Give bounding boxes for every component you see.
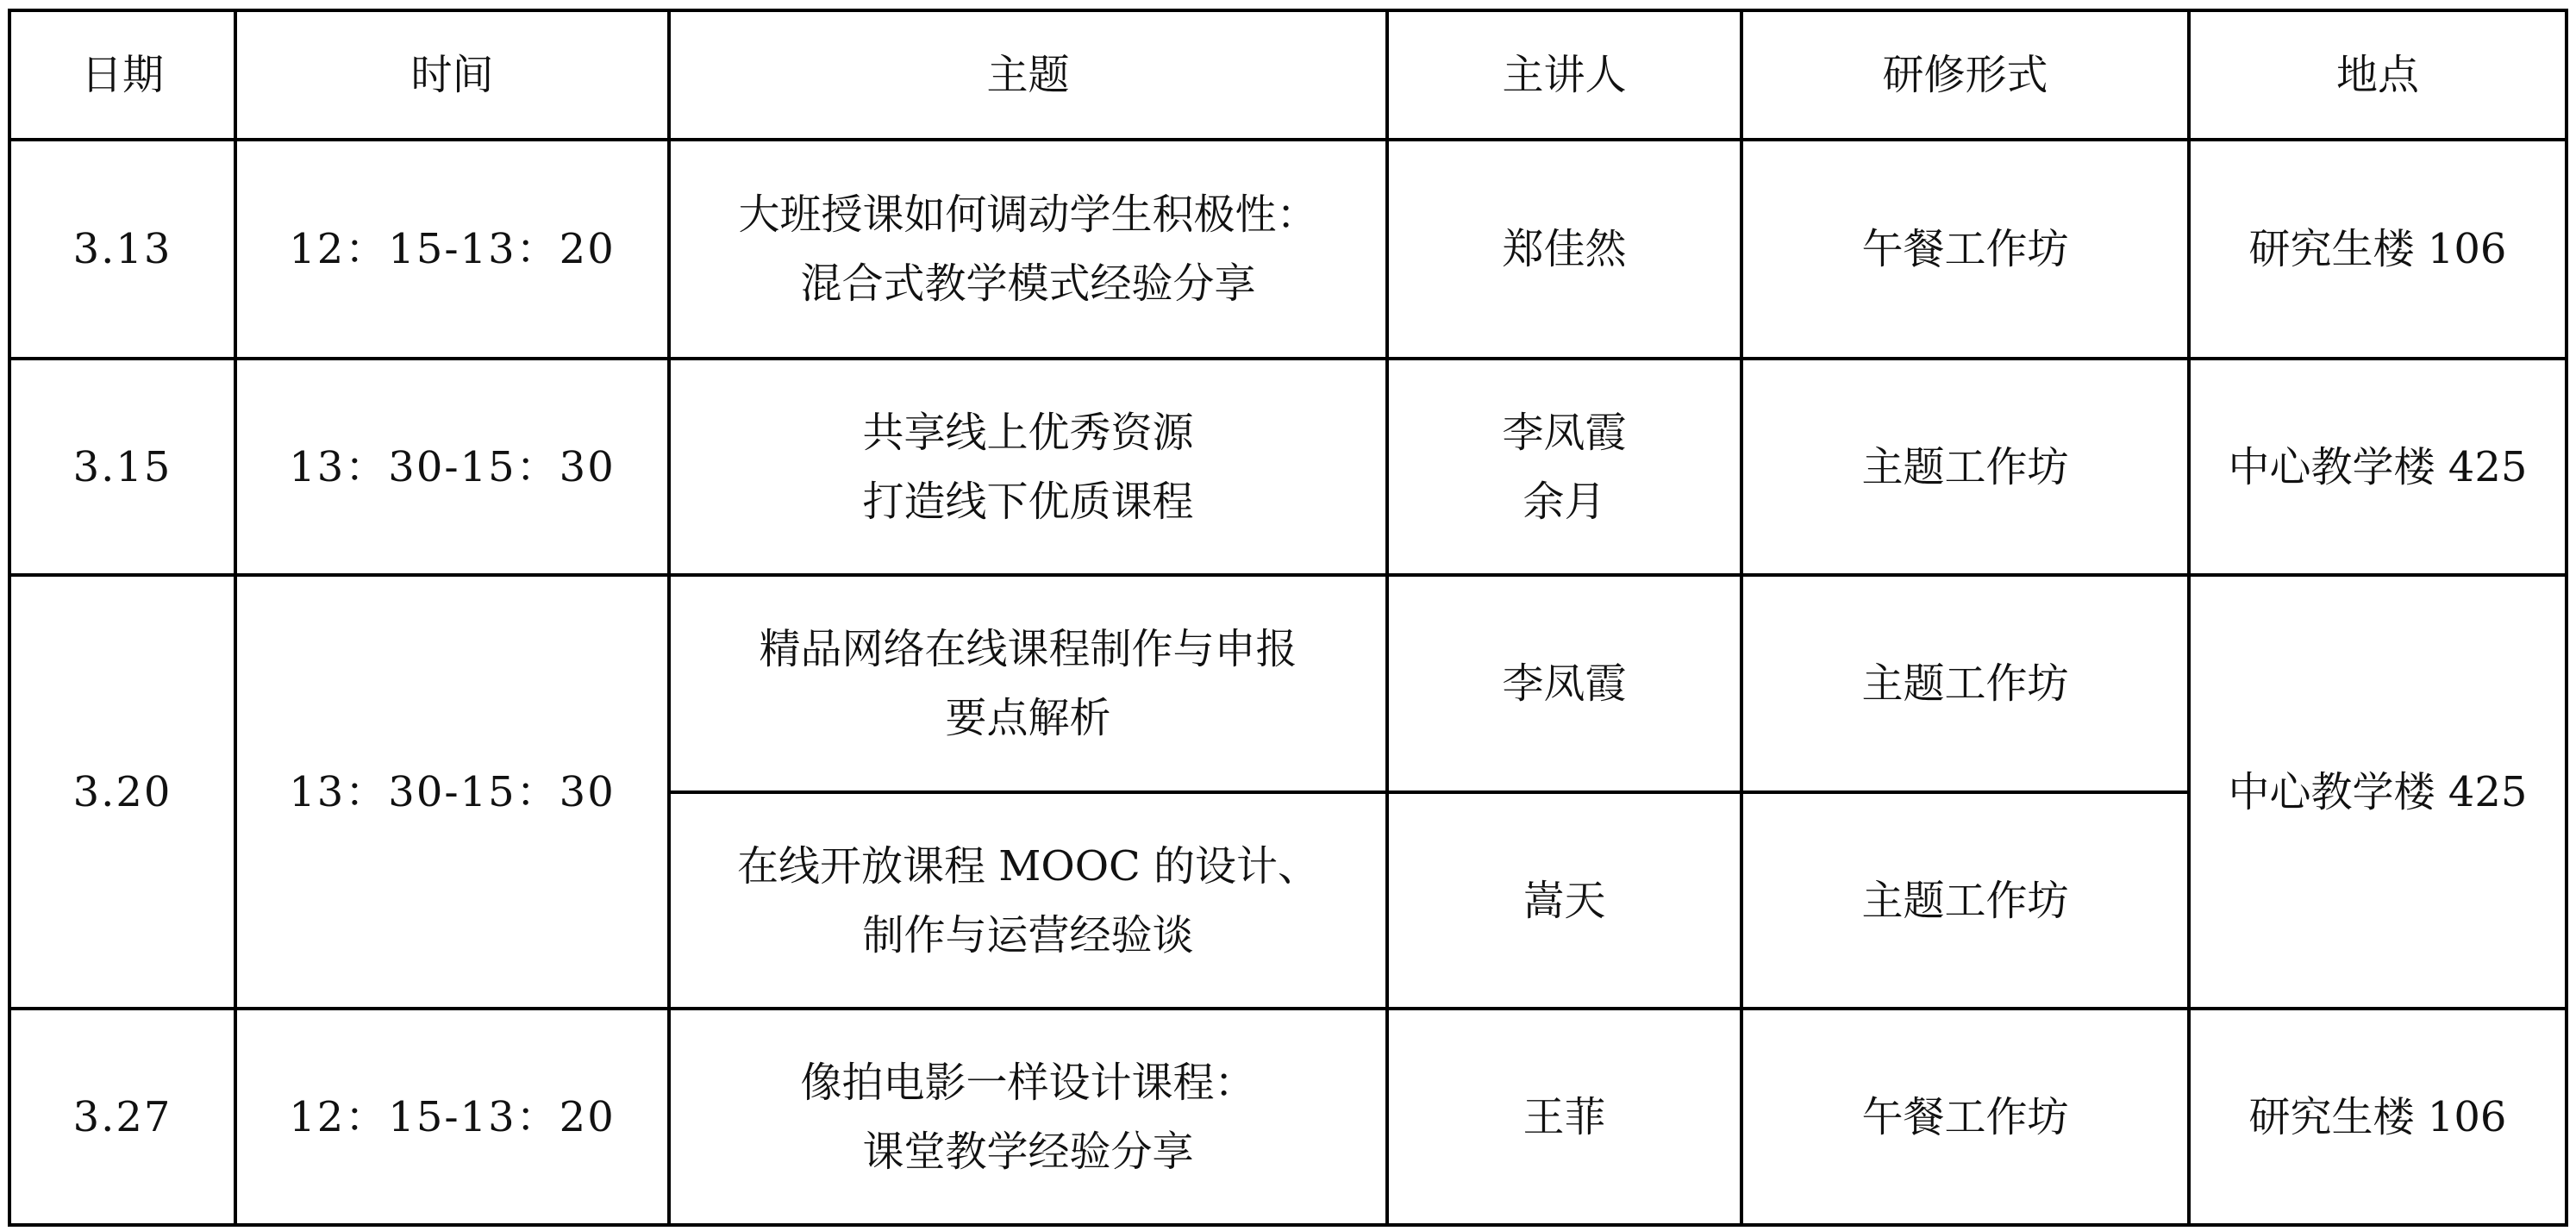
topic-line: 大班授课如何调动学生积极性： (679, 194, 1377, 235)
topic-line: 混合式教学模式经验分享 (679, 263, 1377, 304)
header-topic: 主题 (669, 10, 1387, 140)
speaker-name: 余月 (1397, 481, 1731, 522)
speaker-cell: 王菲 (1387, 1009, 1741, 1225)
topic-line: 要点解析 (679, 697, 1377, 739)
topic-line: 像拍电影一样设计课程： (679, 1062, 1377, 1103)
topic-line: 打造线下优质课程 (679, 481, 1377, 522)
format-cell: 午餐工作坊 (1741, 140, 2189, 359)
speaker-cell: 郑佳然 (1387, 140, 1741, 359)
header-format: 研修形式 (1741, 10, 2189, 140)
time-cell: 12：15-13：20 (235, 1009, 669, 1225)
speaker-name: 郑佳然 (1397, 228, 1731, 270)
venue-cell: 研究生楼 106 (2189, 1009, 2567, 1225)
speaker-cell: 嵩天 (1387, 792, 1741, 1009)
speaker-name: 李凤霞 (1397, 663, 1731, 704)
speaker-cell: 李凤霞 (1387, 575, 1741, 792)
topic-line: 在线开放课程 MOOC 的设计、 (679, 846, 1377, 887)
topic-line: 精品网络在线课程制作与申报 (679, 628, 1377, 670)
header-venue: 地点 (2189, 10, 2567, 140)
date-cell: 3.13 (9, 140, 235, 359)
venue-cell: 研究生楼 106 (2189, 140, 2567, 359)
table-row: 3.20 13：30-15：30 精品网络在线课程制作与申报 要点解析 李凤霞 … (9, 575, 2567, 792)
header-date: 日期 (9, 10, 235, 140)
header-speaker: 主讲人 (1387, 10, 1741, 140)
time-cell: 13：30-15：30 (235, 575, 669, 1009)
topic-line: 共享线上优秀资源 (679, 412, 1377, 453)
header-time: 时间 (235, 10, 669, 140)
format-cell: 主题工作坊 (1741, 792, 2189, 1009)
venue-cell: 中心教学楼 425 (2189, 575, 2567, 1009)
speaker-name: 李凤霞 (1397, 412, 1731, 453)
topic-cell: 像拍电影一样设计课程： 课堂教学经验分享 (669, 1009, 1387, 1225)
time-cell: 13：30-15：30 (235, 359, 669, 575)
topic-line: 课堂教学经验分享 (679, 1131, 1377, 1172)
topic-cell: 共享线上优秀资源 打造线下优质课程 (669, 359, 1387, 575)
table-row: 3.13 12：15-13：20 大班授课如何调动学生积极性： 混合式教学模式经… (9, 140, 2567, 359)
speaker-name: 王菲 (1397, 1097, 1731, 1138)
speaker-name: 嵩天 (1397, 880, 1731, 922)
venue-cell: 中心教学楼 425 (2189, 359, 2567, 575)
speaker-cell: 李凤霞 余月 (1387, 359, 1741, 575)
schedule-table: 日期 时间 主题 主讲人 研修形式 地点 3.13 12：15-13：20 大班… (8, 9, 2568, 1227)
table-row: 3.15 13：30-15：30 共享线上优秀资源 打造线下优质课程 李凤霞 余… (9, 359, 2567, 575)
format-cell: 午餐工作坊 (1741, 1009, 2189, 1225)
header-row: 日期 时间 主题 主讲人 研修形式 地点 (9, 10, 2567, 140)
date-cell: 3.15 (9, 359, 235, 575)
table-row: 3.27 12：15-13：20 像拍电影一样设计课程： 课堂教学经验分享 王菲… (9, 1009, 2567, 1225)
topic-cell: 在线开放课程 MOOC 的设计、 制作与运营经验谈 (669, 792, 1387, 1009)
time-cell: 12：15-13：20 (235, 140, 669, 359)
date-cell: 3.27 (9, 1009, 235, 1225)
date-cell: 3.20 (9, 575, 235, 1009)
topic-cell: 大班授课如何调动学生积极性： 混合式教学模式经验分享 (669, 140, 1387, 359)
topic-cell: 精品网络在线课程制作与申报 要点解析 (669, 575, 1387, 792)
format-cell: 主题工作坊 (1741, 575, 2189, 792)
format-cell: 主题工作坊 (1741, 359, 2189, 575)
topic-line: 制作与运营经验谈 (679, 915, 1377, 956)
